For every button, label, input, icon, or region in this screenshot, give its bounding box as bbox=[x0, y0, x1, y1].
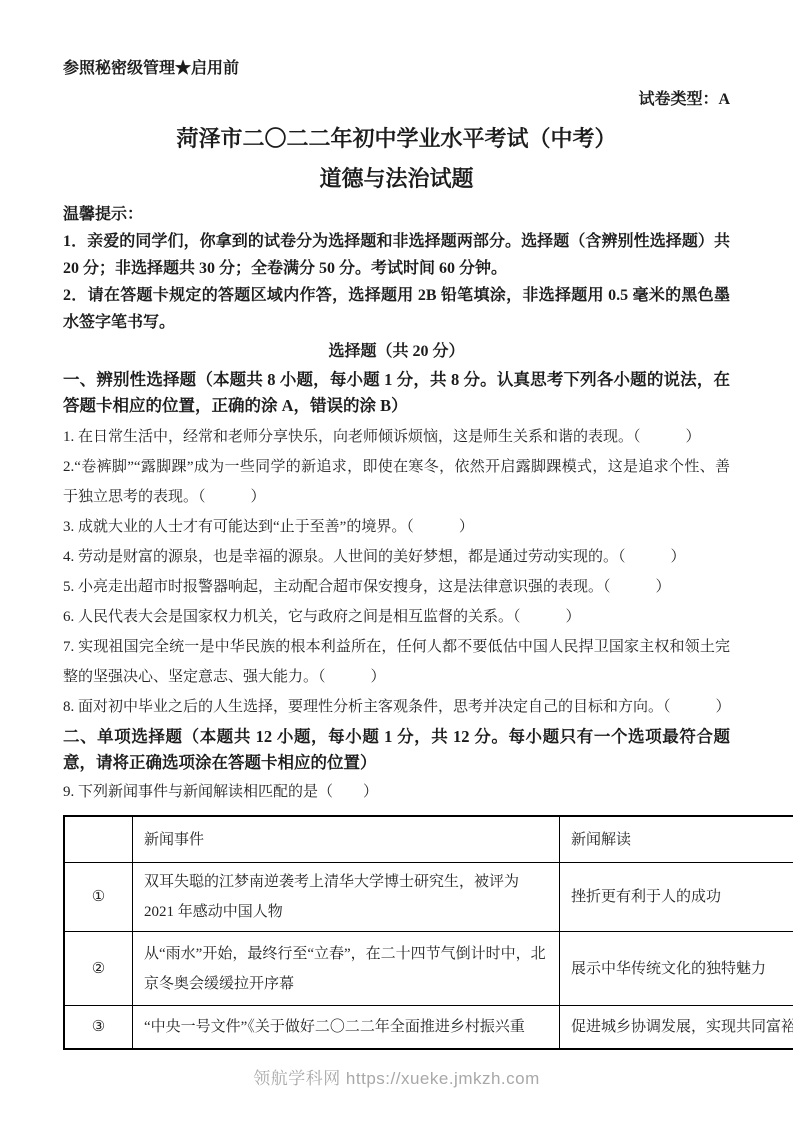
news-match-table: 新闻事件 新闻解读 ① 双耳失聪的江梦南逆袭考上清华大学博士研究生，被评为 20… bbox=[63, 815, 793, 1050]
question-9: 9. 下列新闻事件与新闻解读相匹配的是（ ） bbox=[63, 777, 730, 807]
question-7: 7. 实现祖国完全统一是中华民族的根本利益所在，任何人都不要低估中国人民捍卫国家… bbox=[63, 632, 730, 692]
table-row: ③ “中央一号文件”《关于做好二〇二二年全面推进乡村振兴重 促进城乡协调发展，实… bbox=[64, 1006, 793, 1050]
question-5: 5. 小亮走出超市时报警器响起，主动配合超市保安搜身，这是法律意识强的表现。（ … bbox=[63, 572, 730, 602]
exam-title: 菏泽市二〇二二年初中学业水平考试（中考） bbox=[63, 124, 730, 154]
notice-heading: 温馨提示： bbox=[63, 202, 730, 228]
paper-type-label: 试卷类型：A bbox=[63, 88, 730, 112]
question-8: 8. 面对初中毕业之后的人生选择，要理性分析主客观条件，思考并决定自己的目标和方… bbox=[63, 692, 730, 722]
table-cell-interp: 促进城乡协调发展，实现共同富裕 bbox=[560, 1006, 793, 1050]
part1-heading: 一、辨别性选择题（本题共 8 小题，每小题 1 分，共 8 分。认真思考下列各小… bbox=[63, 367, 730, 419]
question-6: 6. 人民代表大会是国家权力机关，它与政府之间是相互监督的关系。（ ） bbox=[63, 602, 730, 632]
table-header-event: 新闻事件 bbox=[133, 816, 560, 863]
table-row: ① 双耳失聪的江梦南逆袭考上清华大学博士研究生，被评为 2021 年感动中国人物… bbox=[64, 863, 793, 932]
security-classification-label: 参照秘密级管理★启用前 bbox=[63, 56, 730, 82]
question-2: 2.“卷裤脚”“露脚踝”成为一些同学的新追求，即使在寒冬，依然开启露脚踝模式，这… bbox=[63, 452, 730, 512]
notice-item-2: 2．请在答题卡规定的答题区域内作答，选择题用 2B 铅笔填涂，非选择题用 0.5… bbox=[63, 282, 730, 336]
table-cell-num: ③ bbox=[64, 1006, 133, 1050]
true-false-question-list: 1. 在日常生活中，经常和老师分享快乐，向老师倾诉烦恼，这是师生关系和谐的表现。… bbox=[63, 422, 730, 722]
table-row: ② 从“雨水”开始，最终行至“立春”，在二十四节气倒计时中，北京冬奥会缓缓拉开序… bbox=[64, 932, 793, 1006]
exam-paper-page: 参照秘密级管理★启用前 试卷类型：A 菏泽市二〇二二年初中学业水平考试（中考） … bbox=[0, 0, 793, 1122]
question-1: 1. 在日常生活中，经常和老师分享快乐，向老师倾诉烦恼，这是师生关系和谐的表现。… bbox=[63, 422, 730, 452]
question-3: 3. 成就大业的人士才有可能达到“止于至善”的境界。（ ） bbox=[63, 512, 730, 542]
table-header-interp: 新闻解读 bbox=[560, 816, 793, 863]
table-cell-event: 从“雨水”开始，最终行至“立春”，在二十四节气倒计时中，北京冬奥会缓缓拉开序幕 bbox=[133, 932, 560, 1006]
part2-heading: 二、单项选择题（本题共 12 小题，每小题 1 分，共 12 分。每小题只有一个… bbox=[63, 724, 730, 776]
table-cell-num: ② bbox=[64, 932, 133, 1006]
notice-item-1: 1．亲爱的同学们，你拿到的试卷分为选择题和非选择题两部分。选择题（含辨别性选择题… bbox=[63, 228, 730, 282]
table-cell-event: “中央一号文件”《关于做好二〇二二年全面推进乡村振兴重 bbox=[133, 1006, 560, 1050]
question-4: 4. 劳动是财富的源泉，也是幸福的源泉。人世间的美好梦想，都是通过劳动实现的。（… bbox=[63, 542, 730, 572]
site-watermark: 领航学科网 https://xueke.jmkzh.com bbox=[0, 1064, 793, 1089]
table-header-row: 新闻事件 新闻解读 bbox=[64, 816, 793, 863]
table-header-num bbox=[64, 816, 133, 863]
table-cell-interp: 展示中华传统文化的独特魅力 bbox=[560, 932, 793, 1006]
exam-subtitle: 道德与法治试题 bbox=[63, 164, 730, 194]
table-cell-event: 双耳失聪的江梦南逆袭考上清华大学博士研究生，被评为 2021 年感动中国人物 bbox=[133, 863, 560, 932]
section-heading-choice: 选择题（共 20 分） bbox=[63, 338, 730, 365]
table-cell-num: ① bbox=[64, 863, 133, 932]
table-cell-interp: 挫折更有利于人的成功 bbox=[560, 863, 793, 932]
